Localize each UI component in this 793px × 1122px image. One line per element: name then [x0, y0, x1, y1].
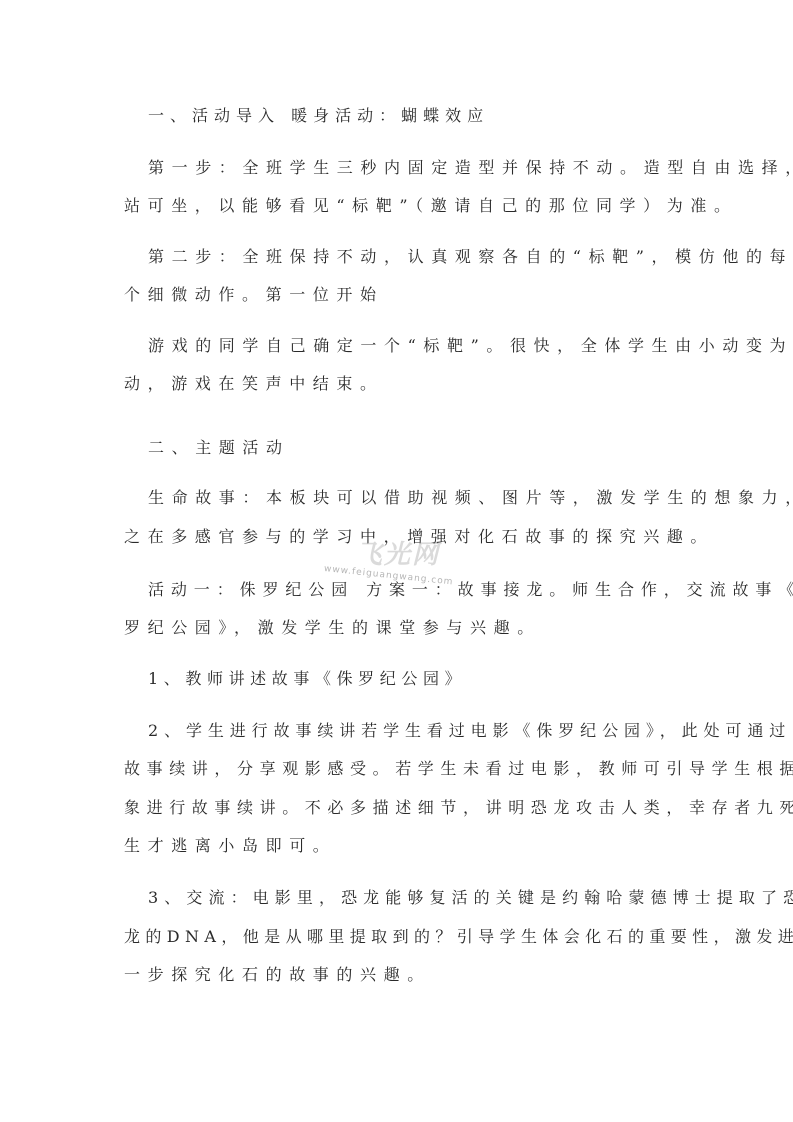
paragraph-line: 龙的DNA，他是从哪里提取到的？引导学生体会化石的重要性，激发进 — [124, 925, 793, 949]
paragraph-line: 象进行故事续讲。不必多描述细节，讲明恐龙攻击人类，幸存者九死一 — [124, 796, 793, 820]
section-heading: 一、活动导入 暖身活动：蝴蝶效应 — [148, 104, 489, 128]
section-heading: 二、主题活动 — [148, 436, 290, 460]
paragraph-line: 罗纪公园》，激发学生的课堂参与兴趣。 — [124, 616, 541, 640]
paragraph-line: 活动一：侏罗纪公园 方案一：故事接龙。师生合作，交流故事《侏 — [148, 578, 793, 602]
list-item: 3、交流：电影里，恐龙能够复活的关键是约翰哈蒙德博士提取了恐 — [148, 886, 793, 910]
paragraph-line: 之在多感官参与的学习中，增强对化石故事的探究兴趣。 — [124, 525, 714, 549]
paragraph-line: 生命故事：本板块可以借助视频、图片等，激发学生的想象力，使 — [148, 486, 793, 510]
paragraph-line: 一步探究化石的故事的兴趣。 — [124, 963, 431, 987]
paragraph-line: 站可坐，以能够看见“标靶”（邀请自己的那位同学）为准。 — [124, 194, 738, 218]
paragraph-line: 第一步：全班学生三秒内固定造型并保持不动。造型自由选择，可 — [148, 156, 793, 180]
list-item: 2、学生进行故事续讲若学生看过电影《侏罗纪公园》，此处可通过 — [148, 719, 791, 743]
paragraph-line: 生才逃离小岛即可。 — [124, 834, 336, 858]
paragraph-line: 个细微动作。第一位开始 — [124, 283, 384, 307]
list-item: 1、教师讲述故事《侏罗纪公园》 — [148, 667, 466, 691]
paragraph-line: 动，游戏在笑声中结束。 — [124, 372, 384, 396]
paragraph-line: 第二步：全班保持不动，认真观察各自的“标靶”，模仿他的每一 — [148, 245, 793, 269]
paragraph-line: 故事续讲，分享观影感受。若学生未看过电影，教师可引导学生根据想 — [124, 757, 793, 781]
paragraph-line: 游戏的同学自己确定一个“标靶”。很快，全体学生由小动变为大 — [148, 334, 793, 358]
